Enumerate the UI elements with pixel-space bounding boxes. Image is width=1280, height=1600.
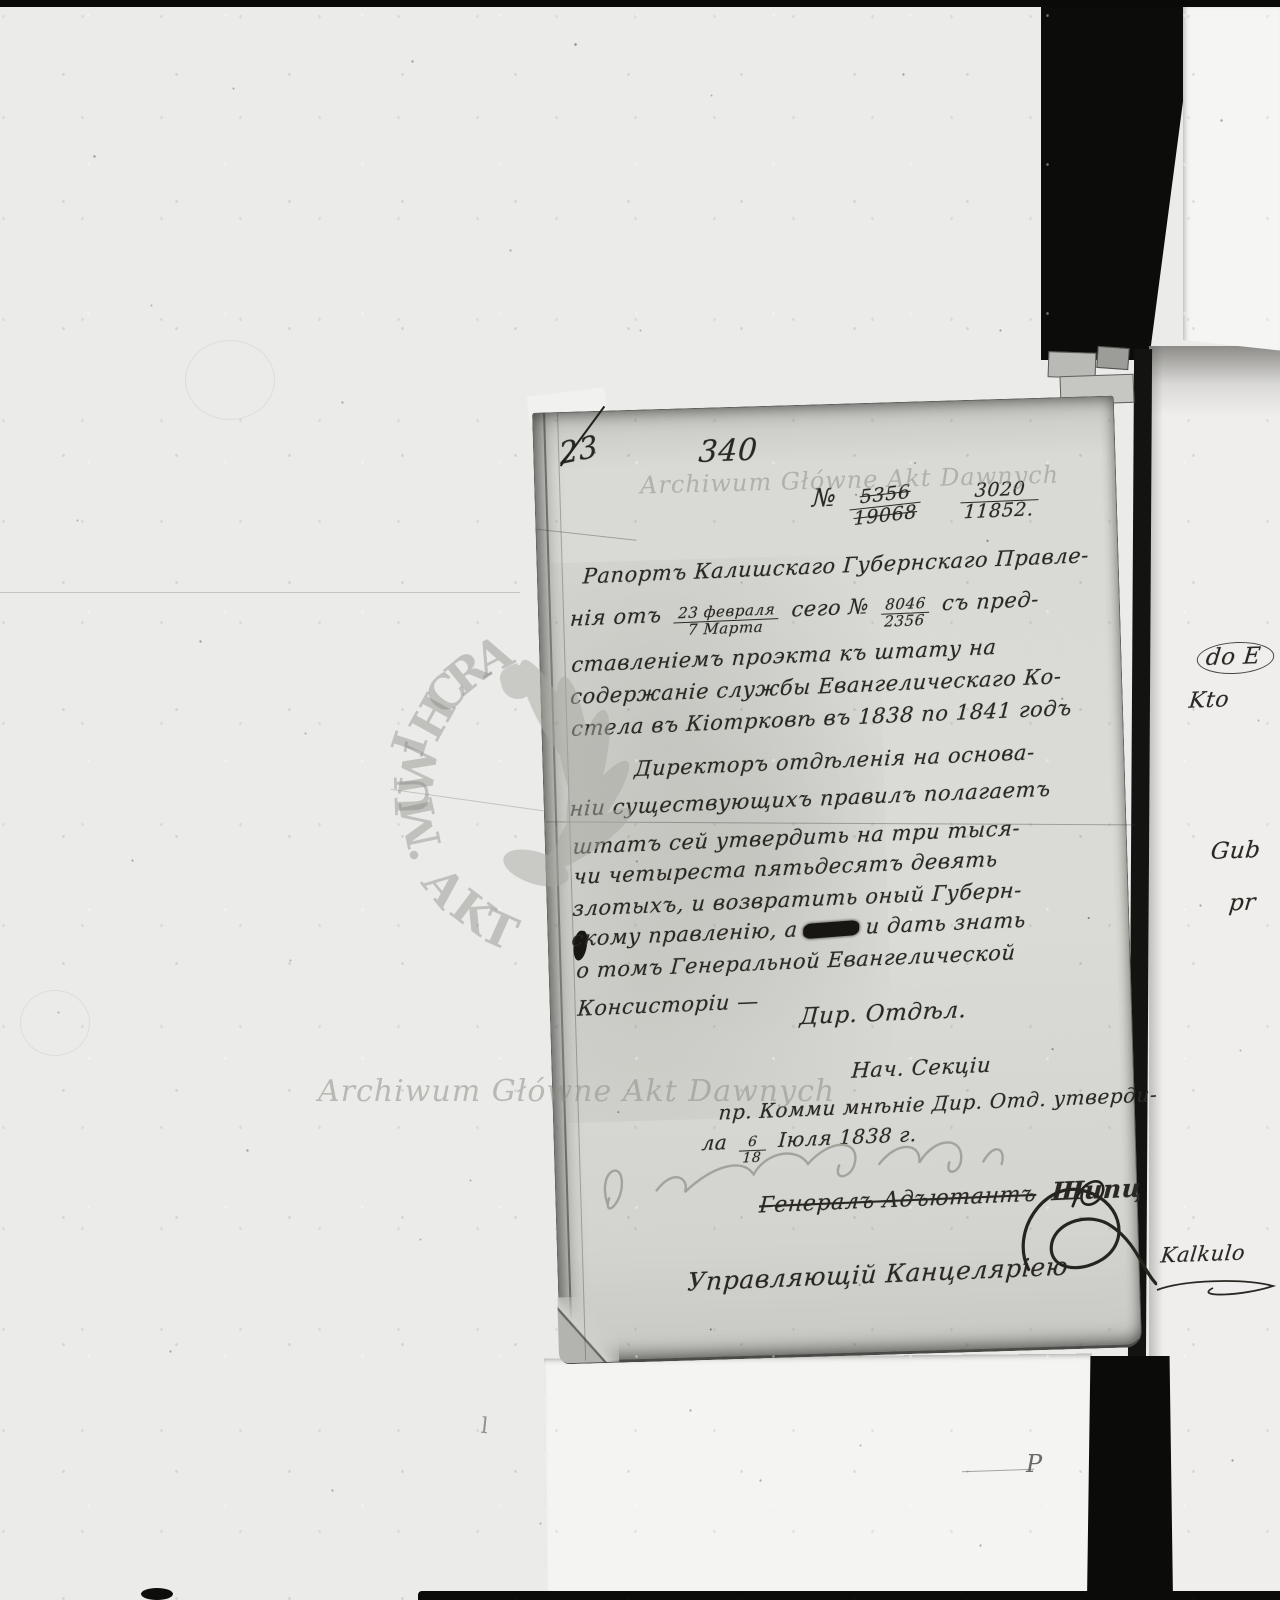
number-fraction: 8046 2356 bbox=[880, 596, 931, 631]
underlying-page-bottom bbox=[544, 1354, 1094, 1600]
right-page-fragment-signature: Kalkulo bbox=[1160, 1241, 1247, 1268]
signature-flourish bbox=[1004, 1168, 1158, 1307]
film-blot bbox=[141, 1588, 173, 1600]
body-line-part: сего № bbox=[791, 594, 870, 621]
page-crease bbox=[537, 529, 637, 541]
page-speckles bbox=[533, 414, 534, 415]
torn-paper-fragment bbox=[1096, 346, 1129, 370]
body-line: Директоръ отдѣленія на основа- bbox=[634, 740, 1036, 781]
right-page-fragment: Gub bbox=[1210, 837, 1262, 865]
body-line-part: и дать знать bbox=[865, 908, 1027, 939]
date-fraction: 23 февраля 7 Марта bbox=[673, 602, 780, 639]
film-black-band-bottom-right bbox=[1087, 1356, 1173, 1600]
section-head-abbrev: Нач. Секціи bbox=[851, 1053, 992, 1083]
number-bottom: 2356 bbox=[880, 613, 930, 631]
director-abbrev: Дир. Отдѣл. bbox=[799, 997, 967, 1030]
pencil-l-mark: l bbox=[480, 1414, 490, 1440]
right-page-fragment: do E bbox=[1195, 641, 1275, 676]
body-line: Рапортъ Калишскаго Губернскаго Правле- bbox=[582, 543, 1090, 588]
film-edge-top bbox=[0, 0, 1280, 7]
right-page-fragment: Kto bbox=[1188, 687, 1231, 713]
right-page-fragment: pr bbox=[1228, 890, 1258, 917]
page-corner-fold bbox=[557, 1296, 619, 1364]
signature-swash bbox=[1153, 1276, 1278, 1302]
old-number-bottom: 19068 bbox=[849, 503, 921, 531]
archivist-corner-number: 23 bbox=[558, 429, 600, 472]
pencil-signature bbox=[589, 1113, 1025, 1233]
paper-swirl-texture bbox=[20, 990, 90, 1056]
archive-watermark-text: Archiwum Główne Akt Dawnych bbox=[318, 1074, 835, 1109]
white-page-top-right bbox=[1183, 6, 1280, 354]
film-scratch-line bbox=[0, 592, 520, 593]
pencil-p-mark: P bbox=[1026, 1450, 1042, 1478]
new-number-bottom: 11852. bbox=[959, 500, 1038, 523]
folio-number: 340 bbox=[698, 432, 759, 470]
film-black-band-top-right bbox=[1041, 0, 1189, 360]
microfilm-scan: do E Kto Gub pr Kalkulo 23 340 № 5356 19… bbox=[0, 0, 1280, 1600]
date-old-style: 7 Марта bbox=[673, 619, 779, 639]
film-edge-bottom bbox=[418, 1591, 1280, 1600]
body-line-part: скому правленію, а bbox=[571, 917, 799, 951]
body-line: Консисторіи — bbox=[577, 989, 760, 1021]
paper-swirl-texture bbox=[185, 340, 275, 420]
body-line-part: съ пред- bbox=[941, 587, 1039, 615]
inked-out-word bbox=[803, 920, 859, 939]
